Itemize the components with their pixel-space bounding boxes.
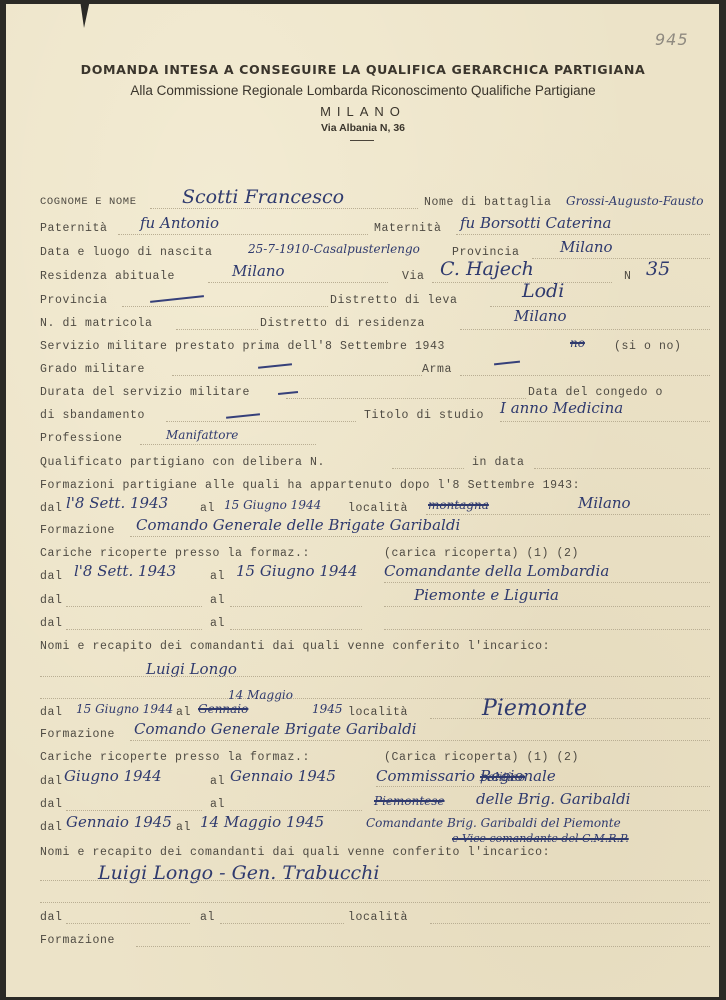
field-line	[426, 514, 710, 515]
label-cariche: Cariche ricoperte presso la formaz.:	[40, 751, 310, 764]
field-line	[66, 810, 202, 811]
label-arma: Arma	[422, 363, 452, 376]
value-f2-al: 1945	[312, 702, 343, 716]
label-data-congedo: Data del congedo o	[528, 386, 663, 399]
label-dal: dal	[40, 617, 63, 630]
label-al: al	[210, 798, 225, 811]
label-formazione: Formazione	[40, 934, 115, 947]
field-line	[40, 676, 710, 677]
label-grado: Grado militare	[40, 363, 145, 376]
value-f2-c1-al: Gennaio 1945	[230, 767, 336, 785]
label-sbandamento: di sbandamento	[40, 409, 145, 422]
field-line	[208, 282, 388, 283]
label-si-no: (si o no)	[614, 340, 682, 353]
value-f2-c3-carica: Comandante Brig. Garibaldi del Piemonte	[366, 816, 621, 830]
value-f1-c1-carica: Comandante della Lombardia	[384, 562, 609, 580]
field-line	[460, 375, 710, 376]
form-address: Via Albania N, 36	[0, 122, 726, 134]
value-f2-dal: 15 Giugno 1944	[76, 702, 173, 716]
label-maternita: Maternità	[374, 222, 442, 235]
value-paternita: fu Antonio	[140, 214, 219, 232]
value-maternita: fu Borsotti Caterina	[460, 214, 611, 232]
field-line	[230, 629, 362, 630]
archive-number: 945	[655, 30, 689, 49]
label-comandanti: Nomi e recapito dei comandanti dai quali…	[40, 640, 550, 653]
field-line	[66, 606, 202, 607]
label-localita: località	[348, 706, 408, 719]
label-localita: località	[348, 911, 408, 924]
field-line	[376, 810, 710, 811]
value-f1-localita-struck: montagna	[428, 498, 489, 512]
label-data-luogo-nascita: Data e luogo di nascita	[40, 246, 213, 259]
label-dal: dal	[40, 821, 63, 834]
value-f2-c1-dal: Giugno 1944	[64, 767, 162, 785]
value-f1-c1-al: 15 Giugno 1944	[236, 562, 358, 580]
field-line	[150, 208, 418, 209]
field-line	[384, 606, 710, 607]
label-al: al	[210, 617, 225, 630]
field-line	[40, 880, 710, 881]
label-dal: dal	[40, 706, 63, 719]
value-data-luogo-nascita: 25-7-1910-Casalpusterlengo	[248, 242, 420, 256]
label-titolo-studio: Titolo di studio	[364, 409, 484, 422]
field-line	[118, 234, 368, 235]
value-provincia-nascita: Milano	[560, 238, 613, 256]
value-f2-al-insert: 14 Maggio	[228, 688, 293, 702]
label-dal: dal	[40, 502, 63, 515]
value-f2-c2-carica-struck: Piemontese	[374, 794, 445, 808]
field-line	[66, 923, 190, 924]
field-line	[220, 923, 344, 924]
field-line	[166, 421, 356, 422]
field-line	[384, 629, 710, 630]
field-line	[40, 902, 710, 903]
label-matricola: N. di matricola	[40, 317, 153, 330]
value-cognome-nome: Scotti Francesco	[182, 186, 344, 208]
value-f2-al-struck: Gennaio	[198, 702, 248, 716]
value-f2-c1-carica: Commissario Regionale	[376, 767, 556, 785]
field-line	[136, 946, 710, 947]
label-distretto-residenza: Distretto di residenza	[260, 317, 425, 330]
field-line	[392, 468, 464, 469]
value-f2-c3-al: 14 Maggio 1945	[200, 813, 324, 831]
label-localita: località	[348, 502, 408, 515]
header-rule	[350, 140, 374, 141]
value-f1-dal: l'8 Sett. 1943	[66, 494, 168, 512]
label-comandanti: Nomi e recapito dei comandanti dai quali…	[40, 846, 550, 859]
value-professione: Manifattore	[166, 428, 238, 442]
field-line	[66, 629, 202, 630]
label-via: Via	[402, 270, 425, 283]
value-distretto-leva: Lodi	[522, 280, 564, 302]
label-qualificato: Qualificato partigiano con delibera N.	[40, 456, 325, 469]
field-line	[500, 421, 710, 422]
label-numero: N	[624, 270, 632, 283]
label-cariche: Cariche ricoperte presso la formaz.:	[40, 547, 310, 560]
label-residenza: Residenza abituale	[40, 270, 175, 283]
value-f1-c1-dal: l'8 Sett. 1943	[74, 562, 176, 580]
label-al: al	[200, 502, 215, 515]
field-line	[286, 398, 526, 399]
field-line	[130, 536, 710, 537]
label-distretto-leva: Distretto di leva	[330, 294, 458, 307]
label-al: al	[176, 706, 191, 719]
label-durata: Durata del servizio militare	[40, 386, 250, 399]
field-line	[376, 786, 710, 787]
field-line	[430, 923, 710, 924]
label-al: al	[210, 775, 225, 788]
value-f1-localita: Milano	[578, 494, 631, 512]
label-professione: Professione	[40, 432, 123, 445]
value-servizio-militare: no	[570, 336, 585, 350]
value-distretto-residenza: Milano	[514, 307, 567, 325]
field-line	[40, 698, 710, 699]
label-formazione: Formazione	[40, 524, 115, 537]
field-line	[140, 444, 316, 445]
page-notch	[80, 0, 90, 28]
field-line	[460, 329, 710, 330]
value-f2-c1-carica-struck: politico	[480, 770, 525, 784]
label-carica-ricoperta: (Carica ricoperta) (1) (2)	[384, 751, 579, 764]
form-title: DOMANDA INTESA A CONSEGUIRE LA QUALIFICA…	[0, 62, 726, 77]
label-al: al	[176, 821, 191, 834]
field-line	[230, 810, 362, 811]
label-dal: dal	[40, 775, 63, 788]
value-residenza: Milano	[232, 262, 285, 280]
value-f2-c3-carica-struck: e Vice comandante del C.M.R.P.	[452, 832, 629, 845]
label-in-data: in data	[472, 456, 525, 469]
value-f2-c3-dal: Gennaio 1945	[66, 813, 172, 831]
label-provincia: Provincia	[40, 294, 108, 307]
value-numero: 35	[646, 258, 670, 280]
field-line	[456, 234, 710, 235]
form-subtitle: Alla Commissione Regionale Lombarda Rico…	[0, 83, 726, 98]
field-line	[122, 306, 328, 307]
label-dal: dal	[40, 594, 63, 607]
field-line	[172, 375, 422, 376]
value-f2-formazione: Comando Generale Brigate Garibaldi	[134, 720, 417, 738]
label-servizio-militare: Servizio militare prestato prima dell'8 …	[40, 340, 445, 353]
form-city: MILANO	[0, 104, 726, 119]
value-f2-c2-carica: delle Brig. Garibaldi	[476, 790, 630, 808]
field-line	[384, 582, 710, 583]
label-al: al	[210, 570, 225, 583]
field-line	[230, 606, 362, 607]
field-line	[430, 718, 710, 719]
label-carica-ricoperta: (carica ricoperta) (1) (2)	[384, 547, 579, 560]
field-line	[534, 468, 710, 469]
label-formazioni-intro: Formazioni partigiane alle quali ha appa…	[40, 479, 580, 492]
label-al: al	[200, 911, 215, 924]
label-formazione: Formazione	[40, 728, 115, 741]
label-nome-battaglia: Nome di battaglia	[424, 196, 552, 209]
value-titolo-studio: I anno Medicina	[500, 399, 623, 417]
field-line	[176, 329, 258, 330]
label-cognome-nome: COGNOME E NOME	[40, 196, 137, 208]
label-dal: dal	[40, 911, 63, 924]
label-al: al	[210, 594, 225, 607]
value-via: C. Hajech	[440, 258, 534, 280]
label-dal: dal	[40, 798, 63, 811]
value-nome-battaglia: Grossi-Augusto-Fausto	[566, 194, 703, 208]
field-line	[532, 258, 710, 259]
value-f1-formazione: Comando Generale delle Brigate Garibaldi	[136, 516, 460, 534]
value-f1-c2-carica: Piemonte e Liguria	[414, 586, 559, 604]
field-line	[130, 740, 710, 741]
value-f1-al: 15 Giugno 1944	[224, 498, 321, 512]
label-dal: dal	[40, 570, 63, 583]
label-paternita: Paternità	[40, 222, 108, 235]
